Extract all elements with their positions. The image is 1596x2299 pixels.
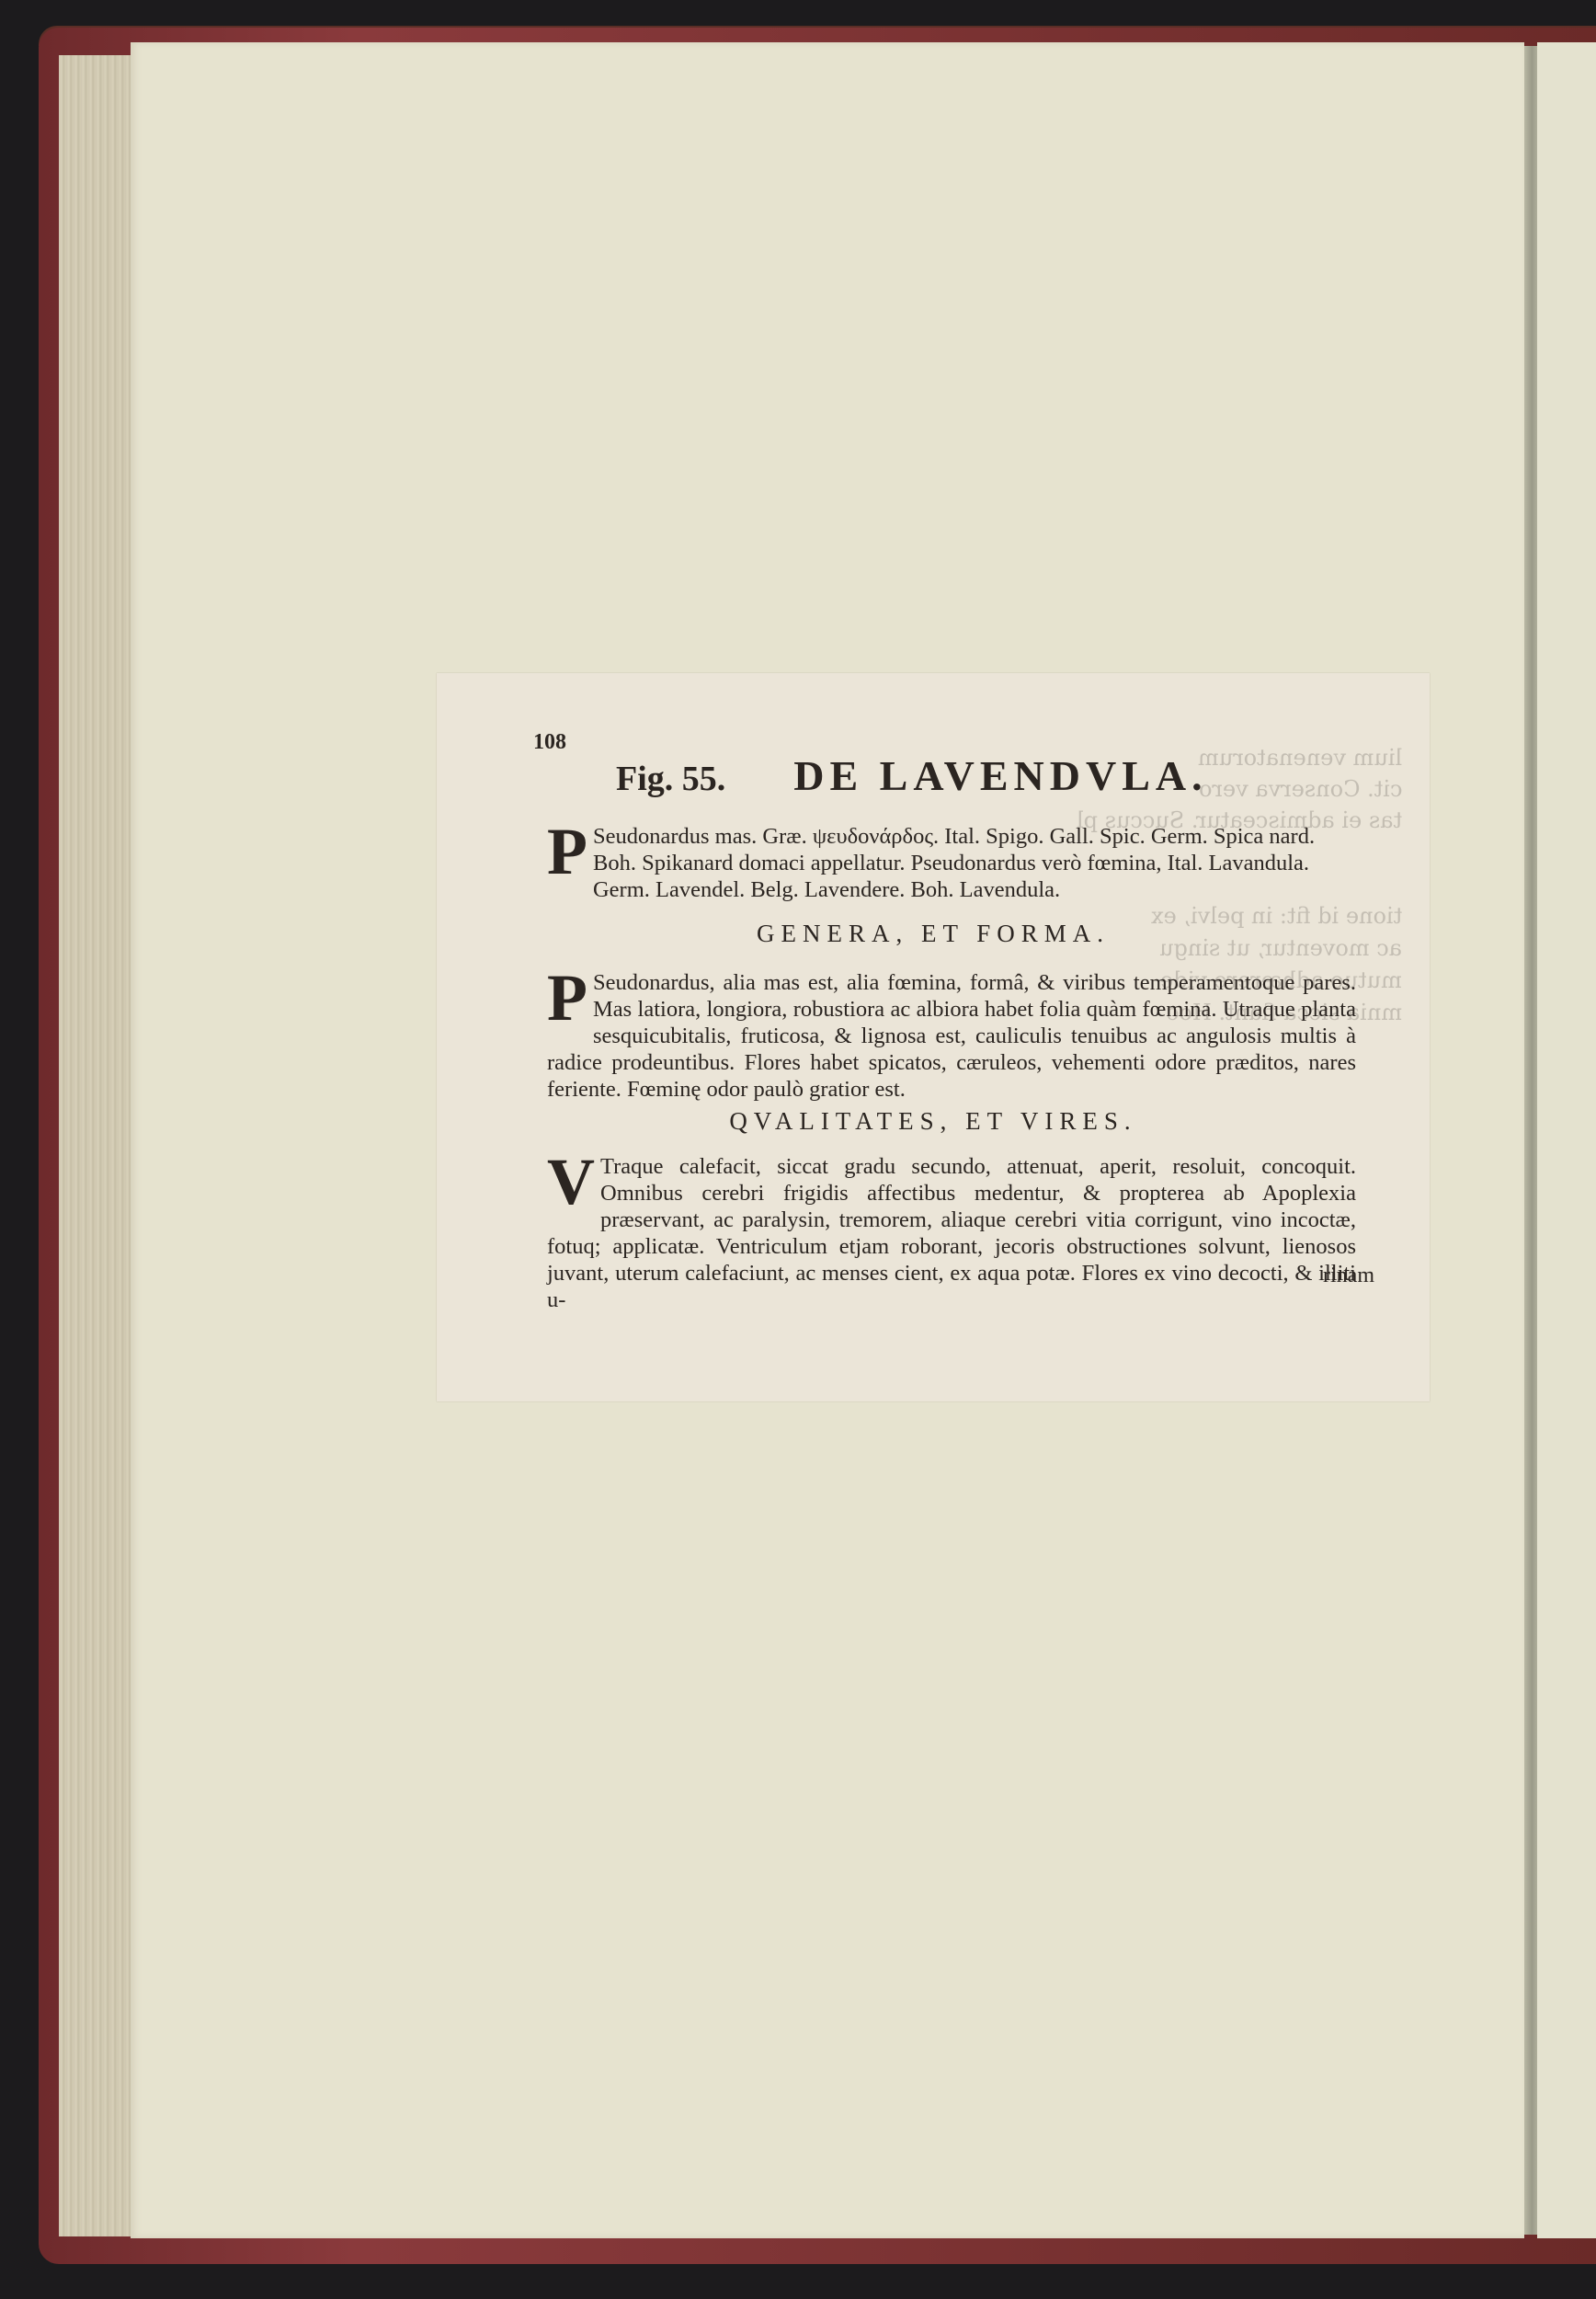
figure-label: Fig. 55. bbox=[616, 760, 725, 798]
paragraph-text: Seudonardus, alia mas est, alia fœmina, … bbox=[547, 970, 1356, 1102]
page-title: DE LAVENDVLA. bbox=[793, 752, 1207, 799]
section-paragraph: P Seudonardus, alia mas est, alia fœmina… bbox=[547, 969, 1356, 1103]
gutter bbox=[1524, 46, 1537, 2235]
section-heading: QVALITATES, ET VIRES. bbox=[437, 1107, 1430, 1136]
intro-line: Seudonardus mas. Græ. ψευδονάρδος. Ital.… bbox=[547, 823, 1356, 850]
page-fore-edge bbox=[59, 55, 142, 2236]
drop-cap: P bbox=[547, 971, 587, 1024]
catchword: rinam bbox=[1323, 1264, 1374, 1288]
show-through-line: cit. Conserva vero bbox=[1199, 776, 1402, 802]
right-page-edge bbox=[1537, 42, 1596, 2238]
pasted-text-slip: lium venenatorum cit. Conserva vero tas … bbox=[437, 673, 1430, 1401]
title-row: Fig. 55. DE LAVENDVLA. bbox=[616, 751, 1208, 800]
section-heading: GENERA, ET FORMA. bbox=[437, 920, 1430, 948]
drop-cap: V bbox=[547, 1155, 595, 1208]
intro-line: Boh. Spikanard domaci appellatur. Pseudo… bbox=[547, 850, 1356, 876]
intro-paragraph: P Seudonardus mas. Græ. ψευδονάρδος. Ita… bbox=[547, 823, 1356, 903]
drop-cap: P bbox=[547, 825, 587, 878]
show-through-line: lium venenatorum bbox=[1198, 745, 1402, 771]
section-paragraph: V Traque calefacit, siccat gradu secundo… bbox=[547, 1153, 1356, 1313]
paragraph-text: Traque calefacit, siccat gradu secundo, … bbox=[547, 1154, 1356, 1312]
page-number: 108 bbox=[533, 730, 566, 755]
intro-line: Germ. Lavendel. Belg. Lavendere. Boh. La… bbox=[547, 876, 1356, 903]
